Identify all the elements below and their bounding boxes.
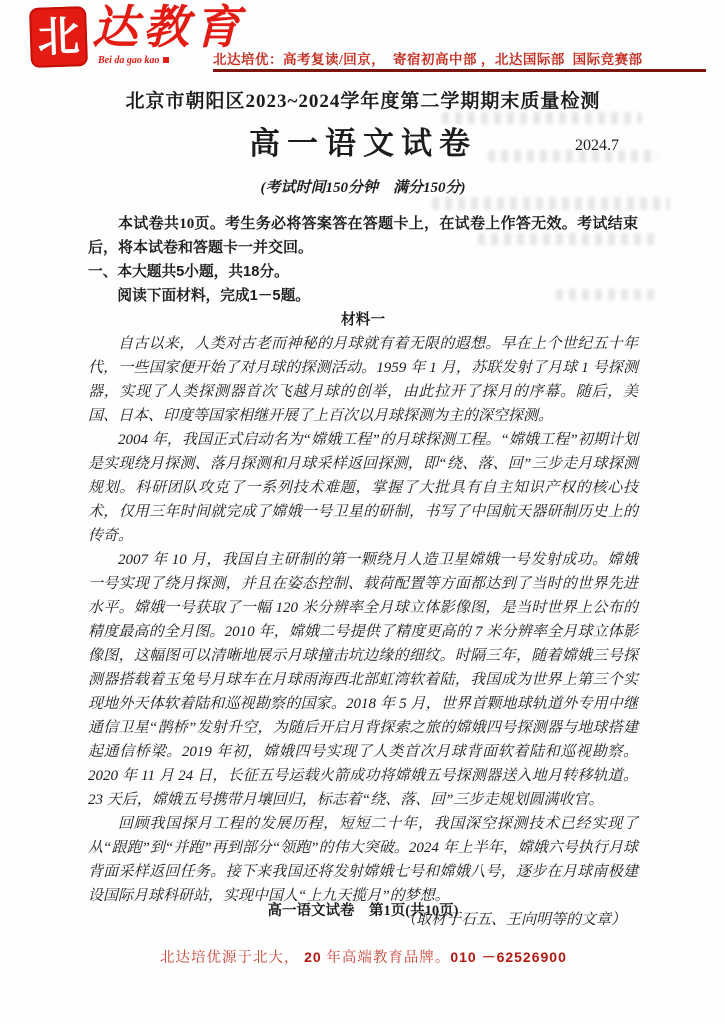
document-body: 本试卷共10页。考生务必将答案答在答题卡上，在试卷上作答无效。考试结束后，将本试…	[88, 212, 638, 932]
page-number-line: 高一语文试卷 第1页(共10页)	[0, 899, 726, 920]
section-one-heading: 一、本大题共5小题，共18分。	[88, 260, 638, 284]
beida-seal-logo-icon: 北	[29, 6, 88, 68]
promo-years: 20	[304, 949, 322, 965]
paper-date: 2024.7	[575, 137, 619, 155]
material-paragraph: 回顾我国探月工程的发展历程，短短二十年，我国深空探测技术已经实现了从“跟跑”到“…	[88, 812, 638, 908]
material-paragraph: 自古以来，人类对古老而神秘的月球就有着无限的遐想。早在上个世纪五十年代，一些国家…	[88, 332, 638, 428]
promo-prefix: 北达培优源于北大，	[160, 950, 304, 966]
exam-paper-page: 北 达教育 Bei da gao kao 北达培优：高考复读/回京， 寄宿初高中…	[0, 0, 726, 1024]
footer-promo: 北达培优源于北大， 20 年高端教育品牌。010 －62526900	[160, 946, 567, 967]
promo-middle: 年高端教育品牌。	[322, 950, 451, 966]
exam-notice: 本试卷共10页。考生务必将答案答在答题卡上，在试卷上作答无效。考试结束后，将本试…	[88, 212, 638, 260]
material-paragraph: 2004 年，我国正式启动名为“嫦娥工程”的月球探测工程。“嫦娥工程”初期计划是…	[88, 428, 638, 548]
material-paragraph: 2007 年 10 月，我国自主研制的第一颗绕月人造卫星嫦娥一号发射成功。嫦娥一…	[88, 548, 638, 812]
exam-duration-info: (考试时间150分钟 满分150分)	[0, 176, 726, 197]
seal-character: 北	[37, 15, 80, 58]
promo-phone: 010 －62526900	[450, 949, 567, 965]
bleed-through-artifact	[432, 197, 670, 210]
reading-instruction: 阅读下面材料，完成1－5题。	[88, 284, 638, 308]
logo-subtext: Bei da gao kao	[98, 55, 169, 66]
header-slogan: 北达培优：高考复读/回京， 寄宿初高中部 ，北达国际部 国际竞赛部	[213, 48, 643, 68]
logo-square-icon	[163, 57, 169, 63]
logo-subtext-label: Bei da gao kao	[98, 55, 159, 66]
exam-board-title: 北京市朝阳区2023~2024学年度第二学期期末质量检测	[0, 86, 726, 113]
header-divider	[213, 69, 706, 72]
material-one-title: 材料一	[88, 308, 638, 332]
